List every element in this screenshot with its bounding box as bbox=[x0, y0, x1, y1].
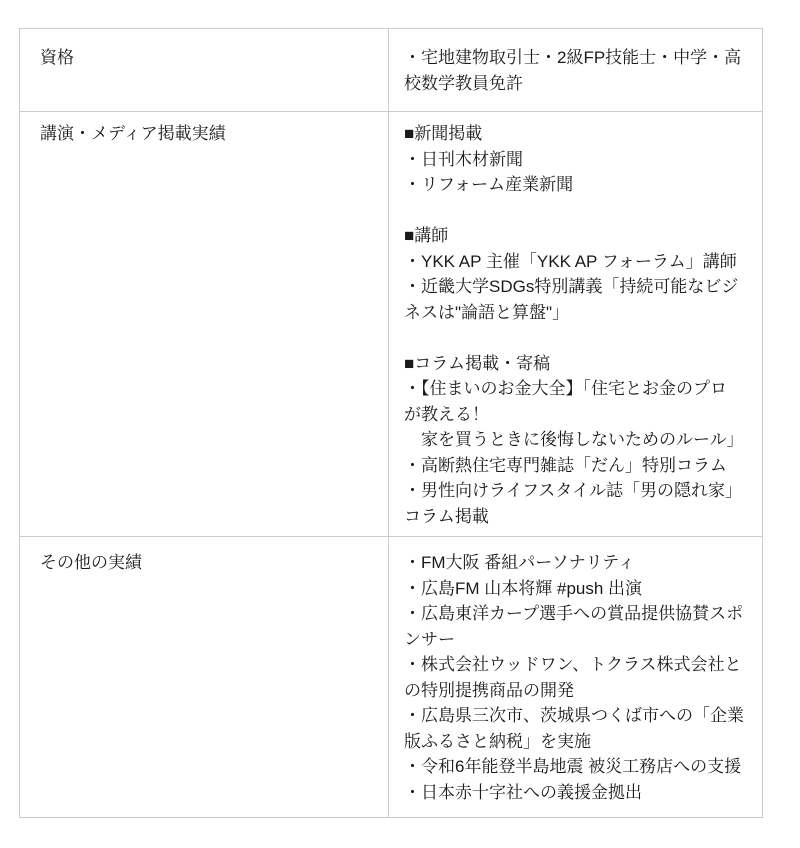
table-row-qualifications: 資格 ・宅地建物取引士・2級FP技能士・中学・高 校数学教員免許 bbox=[20, 29, 763, 112]
table-row-media-appearances: 講演・メディア掲載実績 ■新聞掲載 ・日刊木材新聞 ・リフォーム産業新聞 ■講師… bbox=[20, 112, 763, 537]
row-content-other-achievements: ・FM大阪 番組パーソナリティ ・広島FM 山本将輝 #push 出演 ・広島東… bbox=[389, 537, 763, 818]
row-content-media-appearances: ■新聞掲載 ・日刊木材新聞 ・リフォーム産業新聞 ■講師 ・YKK AP 主催「… bbox=[389, 112, 763, 537]
row-content-qualifications: ・宅地建物取引士・2級FP技能士・中学・高 校数学教員免許 bbox=[389, 29, 763, 112]
row-label-qualifications: 資格 bbox=[20, 29, 389, 112]
table-row-other-achievements: その他の実績 ・FM大阪 番組パーソナリティ ・広島FM 山本将輝 #push … bbox=[20, 537, 763, 818]
row-label-media-appearances: 講演・メディア掲載実績 bbox=[20, 112, 389, 537]
profile-table: 資格 ・宅地建物取引士・2級FP技能士・中学・高 校数学教員免許 講演・メディア… bbox=[19, 28, 763, 818]
row-label-other-achievements: その他の実績 bbox=[20, 537, 389, 818]
profile-table-container: 資格 ・宅地建物取引士・2級FP技能士・中学・高 校数学教員免許 講演・メディア… bbox=[19, 28, 763, 818]
